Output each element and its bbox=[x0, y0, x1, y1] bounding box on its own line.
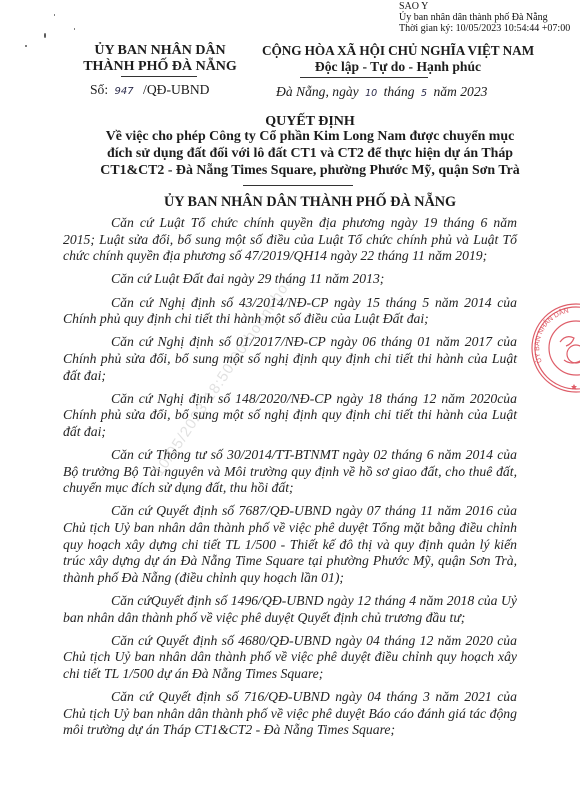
official-seal-icon: ỦY BAN NHÂN DÂN bbox=[530, 302, 580, 394]
authority-line-2: THÀNH PHỐ ĐÀ NẴNG bbox=[60, 59, 260, 75]
date-year: năm 2023 bbox=[433, 84, 487, 99]
signature-type: SAO Y bbox=[399, 1, 570, 12]
legal-basis-list: Căn cứ Luật Tổ chức chính quyền địa phươ… bbox=[63, 215, 517, 746]
divider bbox=[243, 185, 353, 186]
divider bbox=[300, 77, 428, 78]
divider bbox=[121, 76, 197, 77]
subject-line: Về việc cho phép Công ty Cổ phần Kim Lon… bbox=[60, 128, 560, 145]
place-date-line: Đà Nẵng, ngày 10 tháng 5 năm 2023 bbox=[276, 84, 487, 100]
legal-basis-paragraph: Căn cứ Thông tư số 30/2014/TT-BTNMT ngày… bbox=[63, 447, 517, 497]
signature-timestamp: Thời gian ký: 10/05/2023 10:54:44 +07:00 bbox=[399, 23, 570, 34]
signature-authority: Ủy ban nhân dân thành phố Đà Nẵng bbox=[399, 12, 570, 23]
date-prefix: Đà Nẵng, ngày bbox=[276, 84, 359, 99]
legal-basis-paragraph: Căn cứ Quyết định số 4680/QĐ-UBND ngày 0… bbox=[63, 633, 517, 683]
scan-speck bbox=[74, 28, 75, 30]
issuing-authority-header: ỦY BAN NHÂN DÂN THÀNH PHỐ ĐÀ NẴNG bbox=[60, 43, 260, 74]
national-motto-header: CỘNG HÒA XÃ HỘI CHỦ NGHĨA VIỆT NAM Độc l… bbox=[248, 43, 548, 74]
legal-basis-paragraph: Căn cứ Quyết định số 716/QĐ-UBND ngày 04… bbox=[63, 689, 517, 739]
country-name: CỘNG HÒA XÃ HỘI CHỦ NGHĨA VIỆT NAM bbox=[248, 43, 548, 59]
authority-line-1: ỦY BAN NHÂN DÂN bbox=[60, 43, 260, 59]
legal-basis-paragraph: Căn cứ Nghị định số 148/2020/NĐ-CP ngày … bbox=[63, 391, 517, 441]
scan-speck bbox=[54, 14, 55, 16]
legal-basis-paragraph: Căn cứQuyết định số 1496/QĐ-UBND ngày 12… bbox=[63, 593, 517, 626]
document-title: QUYẾT ĐỊNH bbox=[60, 114, 560, 129]
number-handwritten: 947 bbox=[115, 86, 134, 97]
scan-speck bbox=[25, 45, 27, 47]
legal-basis-paragraph: Căn cứ Luật Tổ chức chính quyền địa phươ… bbox=[63, 215, 517, 265]
scan-speck bbox=[44, 33, 46, 38]
digital-signature-block: SAO Y Ủy ban nhân dân thành phố Đà Nẵng … bbox=[399, 1, 570, 35]
date-day-handwritten: 10 bbox=[365, 88, 377, 99]
number-suffix: /QĐ-UBND bbox=[143, 82, 209, 97]
document-subject: Về việc cho phép Công ty Cổ phần Kim Lon… bbox=[60, 128, 560, 179]
legal-basis-paragraph: Căn cứ Quyết định số 7687/QĐ-UBND ngày 0… bbox=[63, 503, 517, 586]
date-month-label: tháng bbox=[384, 84, 415, 99]
document-number: Số: 947 /QĐ-UBND bbox=[90, 82, 210, 98]
number-prefix: Số: bbox=[90, 82, 108, 97]
legal-basis-paragraph: Căn cứ Nghị định số 01/2017/NĐ-CP ngày 0… bbox=[63, 334, 517, 384]
subject-line: CT1&CT2 - Đà Nẵng Times Square, phường P… bbox=[60, 162, 560, 179]
date-month-handwritten: 5 bbox=[421, 88, 427, 99]
decision-authority: ỦY BAN NHÂN DÂN THÀNH PHỐ ĐÀ NẴNG bbox=[60, 194, 560, 211]
legal-basis-paragraph: Căn cứ Luật Đất đai ngày 29 tháng 11 năm… bbox=[63, 271, 517, 288]
subject-line: đích sử dụng đất đối với lô đất CT1 và C… bbox=[60, 145, 560, 162]
legal-basis-paragraph: Căn cứ Nghị định số 43/2014/NĐ-CP ngày 1… bbox=[63, 295, 517, 328]
motto: Độc lập - Tự do - Hạnh phúc bbox=[248, 59, 548, 75]
